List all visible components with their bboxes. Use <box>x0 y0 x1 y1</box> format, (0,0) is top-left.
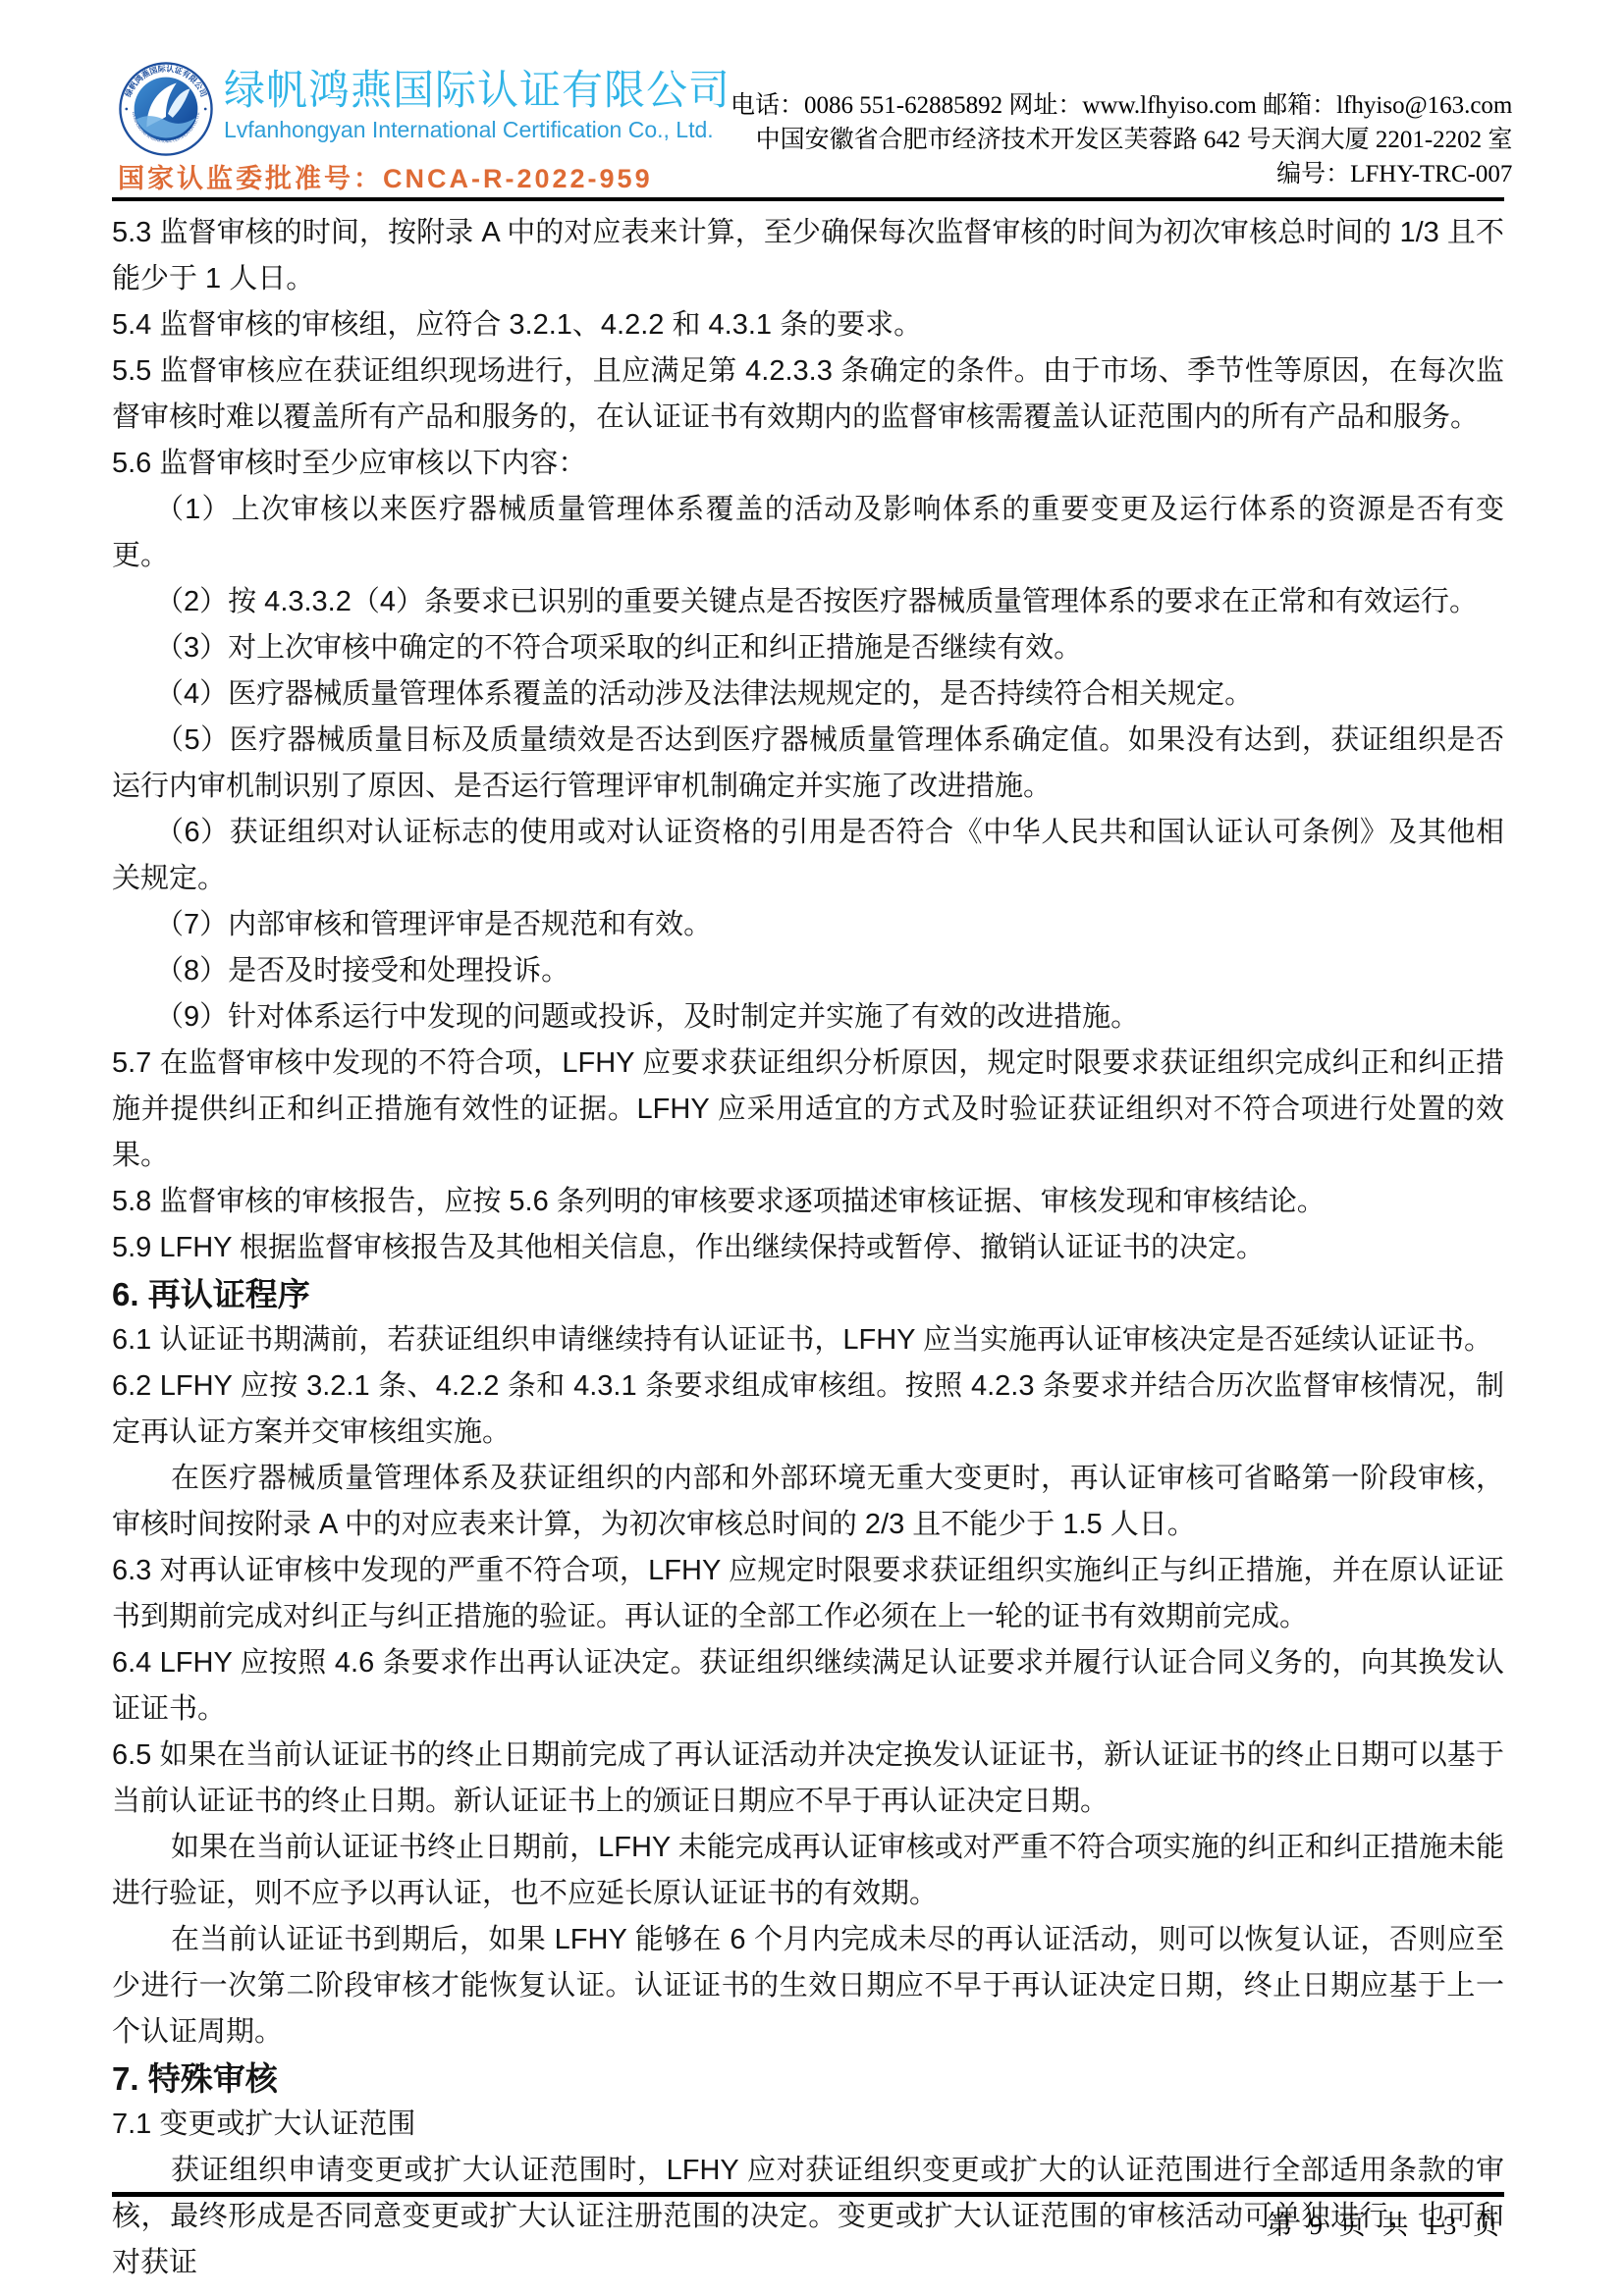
page-footer: 第 9 页 共 13 页 <box>112 2192 1504 2242</box>
document-page: 绿帆鸿燕国际认证有限公司 LVFANHONGYAN INTERNATIONAL … <box>0 0 1624 2296</box>
page-number: 第 9 页 共 13 页 <box>112 2197 1504 2242</box>
page-header: 绿帆鸿燕国际认证有限公司 LVFANHONGYAN INTERNATIONAL … <box>112 0 1504 195</box>
clause-paragraph: 6.3 对再认证审核中发现的严重不符合项，LFHY 应规定时限要求获证组织实施纠… <box>112 1548 1504 1640</box>
logo-row: 绿帆鸿燕国际认证有限公司 LVFANHONGYAN INTERNATIONAL … <box>118 61 731 157</box>
header-contact-block: 电话：0086 551-62885892 网址：www.lfhyiso.com … <box>731 61 1512 191</box>
clause-item: （8）是否及时接受和处理投诉。 <box>112 948 1504 994</box>
clause-item: （2）按 4.3.3.2（4）条要求已识别的重要关键点是否按医疗器械质量管理体系… <box>112 579 1504 625</box>
section-heading-7: 7. 特殊审核 <box>112 2056 1504 2102</box>
section-heading-6: 6. 再认证程序 <box>112 1271 1504 1317</box>
clause-paragraph: 6.5 如果在当前认证证书的终止日期前完成了再认证活动并决定换发认证证书，新认证… <box>112 1733 1504 1825</box>
clause-item: （7）内部审核和管理评审是否规范和有效。 <box>112 902 1504 948</box>
clause-paragraph: 5.8 监督审核的审核报告，应按 5.6 条列明的审核要求逐项描述审核证据、审核… <box>112 1179 1504 1225</box>
clause-paragraph: 5.9 LFHY 根据监督审核报告及其他相关信息，作出继续保持或暂停、撤销认证证… <box>112 1225 1504 1271</box>
contact-line-address: 中国安徽省合肥市经济技术开发区芙蓉路 642 号天润大厦 2201-2202 室 <box>731 123 1512 157</box>
company-name-en: Lvfanhongyan International Certification… <box>224 117 731 143</box>
company-name-cn: 绿帆鸿燕国际认证有限公司 <box>224 69 731 112</box>
document-body: 5.3 监督审核的时间，按附录 A 中的对应表来计算，至少确保每次监督审核的时间… <box>112 201 1504 2286</box>
clause-paragraph: 在医疗器械质量管理体系及获证组织的内部和外部环境无重大变更时，再认证审核可省略第… <box>112 1456 1504 1548</box>
clause-paragraph: 5.7 在监督审核中发现的不符合项，LFHY 应要求获证组织分析原因，规定时限要… <box>112 1041 1504 1179</box>
clause-item: （3）对上次审核中确定的不符合项采取的纠正和纠正措施是否继续有效。 <box>112 625 1504 671</box>
clause-paragraph: 6.1 认证证书期满前，若获证组织申请继续持有认证证书，LFHY 应当实施再认证… <box>112 1317 1504 1363</box>
document-number: 编号：LFHY-TRC-007 <box>731 157 1512 191</box>
company-names: 绿帆鸿燕国际认证有限公司 Lvfanhongyan International … <box>224 61 731 143</box>
clause-item: （9）针对体系运行中发现的问题或投诉，及时制定并实施了有效的改进措施。 <box>112 994 1504 1041</box>
company-logo-icon: 绿帆鸿燕国际认证有限公司 LVFANHONGYAN INTERNATIONAL … <box>118 61 214 157</box>
clause-item: （5）医疗器械质量目标及质量绩效是否达到医疗器械质量管理体系确定值。如果没有达到… <box>112 718 1504 810</box>
clause-item: （1）上次审核以来医疗器械质量管理体系覆盖的活动及影响体系的重要变更及运行体系的… <box>112 487 1504 579</box>
clause-paragraph: 6.2 LFHY 应按 3.2.1 条、4.2.2 条和 4.3.1 条要求组成… <box>112 1363 1504 1456</box>
clause-paragraph: 5.6 监督审核时至少应审核以下内容： <box>112 441 1504 487</box>
clause-paragraph: 5.3 监督审核的时间，按附录 A 中的对应表来计算，至少确保每次监督审核的时间… <box>112 210 1504 302</box>
clause-paragraph: 5.5 监督审核应在获证组织现场进行，且应满足第 4.2.3.3 条确定的条件。… <box>112 348 1504 441</box>
clause-paragraph: 7.1 变更或扩大认证范围 <box>112 2102 1504 2148</box>
clause-paragraph: 在当前认证证书到期后，如果 LFHY 能够在 6 个月内完成未尽的再认证活动，则… <box>112 1917 1504 2056</box>
clause-item: （6）获证组织对认证标志的使用或对认证资格的引用是否符合《中华人民共和国认证认可… <box>112 810 1504 902</box>
clause-paragraph: 5.4 监督审核的审核组，应符合 3.2.1、4.2.2 和 4.3.1 条的要… <box>112 302 1504 348</box>
clause-item: （4）医疗器械质量管理体系覆盖的活动涉及法律法规规定的，是否持续符合相关规定。 <box>112 671 1504 718</box>
clause-paragraph: 6.4 LFHY 应按照 4.6 条要求作出再认证决定。获证组织继续满足认证要求… <box>112 1640 1504 1733</box>
contact-line-phone-web-email: 电话：0086 551-62885892 网址：www.lfhyiso.com … <box>731 88 1512 123</box>
approval-number: 国家认监委批准号：CNCA-R-2022-959 <box>118 157 731 195</box>
header-brand-block: 绿帆鸿燕国际认证有限公司 LVFANHONGYAN INTERNATIONAL … <box>118 61 731 195</box>
clause-paragraph: 如果在当前认证证书终止日期前，LFHY 未能完成再认证审核或对严重不符合项实施的… <box>112 1825 1504 1917</box>
